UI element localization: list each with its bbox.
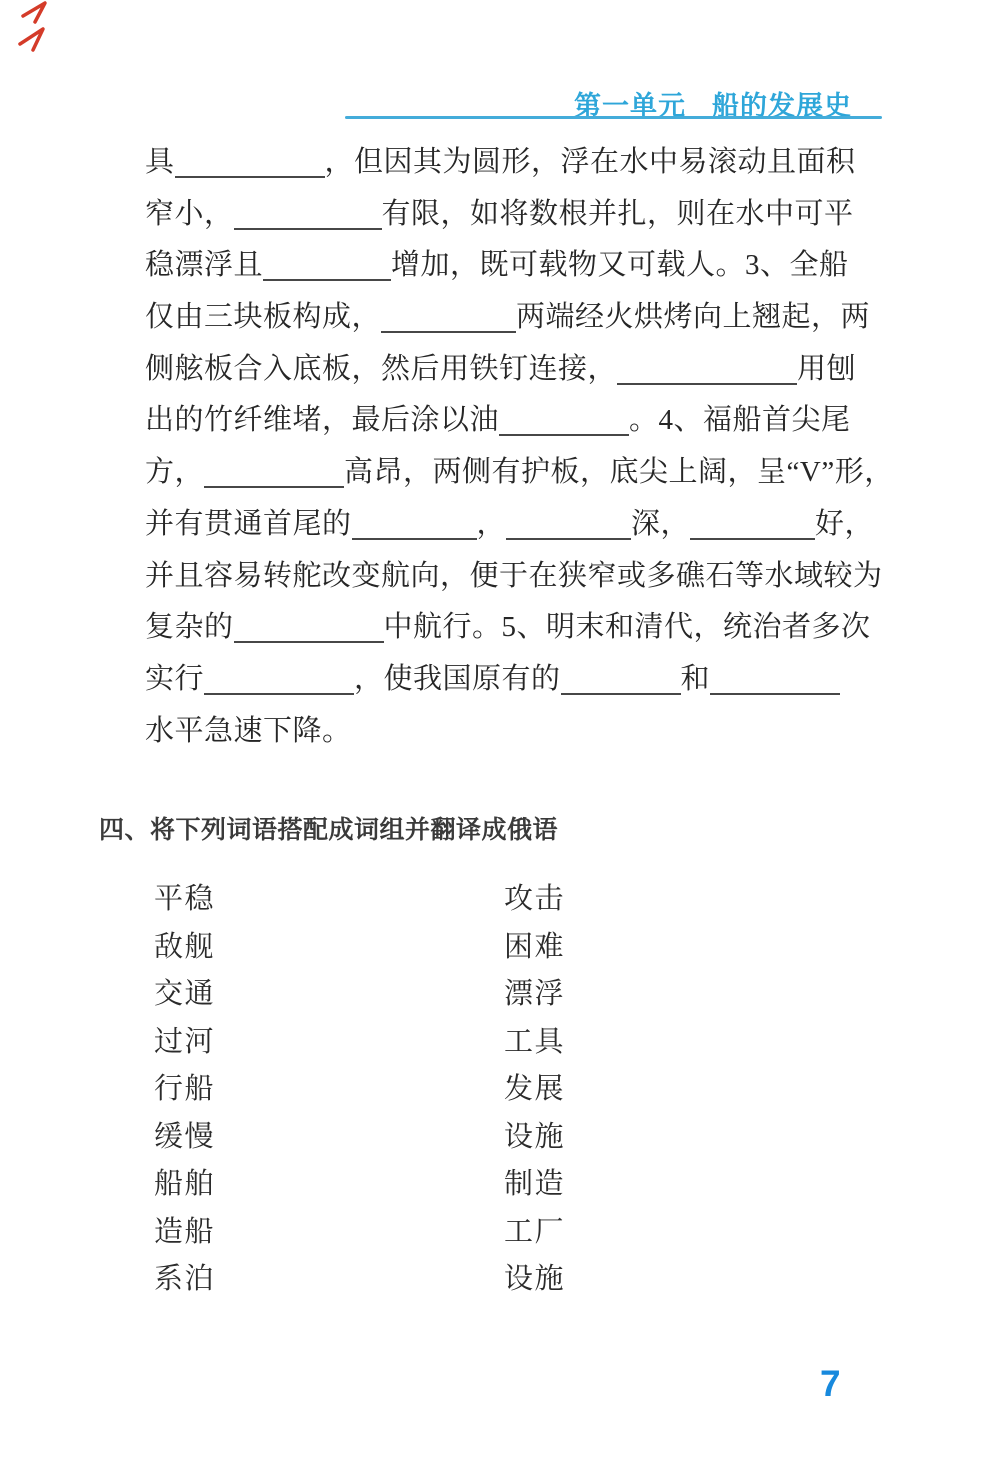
text-run: 出的竹纤维堵，最后涂以油 bbox=[145, 404, 499, 436]
text-run: 中航行。5、明末和清代，统治者多次 bbox=[384, 611, 871, 643]
text-run: 深， bbox=[631, 508, 690, 540]
left-word: 系泊 bbox=[154, 1256, 504, 1297]
text-run: 有限，如将数根并扎，则在水中可平 bbox=[382, 198, 854, 230]
word-pair-row: 过河工具 bbox=[154, 1016, 714, 1064]
text-run: 用刨 bbox=[797, 353, 856, 385]
right-word: 制造 bbox=[504, 1161, 714, 1202]
text-run: ，但因其为圆形，浮在水中易滚动且面积 bbox=[325, 146, 856, 178]
left-word: 敌舰 bbox=[154, 924, 504, 965]
fill-in-paragraph: 具，但因其为圆形，浮在水中易滚动且面积窄小，有限，如将数根并扎，则在水中可平稳漂… bbox=[145, 137, 875, 757]
blank-underline bbox=[204, 663, 354, 695]
left-word: 平稳 bbox=[154, 876, 504, 917]
paragraph-line: 出的竹纤维堵，最后涂以油。4、福船首尖尾 bbox=[145, 395, 875, 447]
left-word: 过河 bbox=[154, 1019, 504, 1060]
paragraph-line: 方，高昂，两侧有护板，底尖上阔，呈“V”形， bbox=[145, 447, 875, 499]
header-divider bbox=[345, 116, 882, 119]
page-number: 7 bbox=[820, 1363, 841, 1405]
blank-underline bbox=[617, 353, 797, 385]
left-word: 行船 bbox=[154, 1066, 504, 1107]
blank-underline bbox=[234, 198, 382, 230]
text-run: 侧舷板合入底板，然后用铁钉连接， bbox=[145, 353, 617, 385]
left-word: 船舶 bbox=[154, 1161, 504, 1202]
right-word: 困难 bbox=[504, 924, 714, 965]
left-word: 缓慢 bbox=[154, 1114, 504, 1155]
text-run: 高昂，两侧有护板，底尖上阔，呈“V”形， bbox=[344, 456, 894, 488]
right-word: 漂浮 bbox=[504, 971, 714, 1012]
paragraph-line: 侧舷板合入底板，然后用铁钉连接，用刨 bbox=[145, 344, 875, 396]
text-run: 并有贯通首尾的 bbox=[145, 508, 352, 540]
word-pair-row: 缓慢设施 bbox=[154, 1111, 714, 1159]
text-run: ， bbox=[477, 508, 507, 540]
text-run: 好， bbox=[815, 508, 874, 540]
blank-underline bbox=[506, 508, 631, 540]
red-pen-marks-icon bbox=[14, 0, 64, 54]
word-pair-row: 交通漂浮 bbox=[154, 968, 714, 1016]
text-run: 并且容易转舵改变航向，便于在狭窄或多礁石等水域较为 bbox=[145, 560, 883, 592]
text-run: 两端经火烘烤向上翘起，两 bbox=[516, 301, 870, 333]
paragraph-line: 具，但因其为圆形，浮在水中易滚动且面积 bbox=[145, 137, 875, 189]
text-run: 方， bbox=[145, 456, 204, 488]
right-word: 设施 bbox=[504, 1256, 714, 1297]
right-word: 发展 bbox=[504, 1066, 714, 1107]
word-pair-row: 船舶制造 bbox=[154, 1158, 714, 1206]
blank-underline bbox=[352, 508, 477, 540]
text-run: 仅由三块板构成， bbox=[145, 301, 381, 333]
right-word: 设施 bbox=[504, 1114, 714, 1155]
paragraph-line: 仅由三块板构成，两端经火烘烤向上翘起，两 bbox=[145, 292, 875, 344]
text-run: 。4、福船首尖尾 bbox=[629, 404, 851, 436]
blank-underline bbox=[690, 508, 815, 540]
text-run: 水平急速下降。 bbox=[145, 715, 352, 747]
text-run: 具 bbox=[145, 146, 175, 178]
right-word: 工具 bbox=[504, 1019, 714, 1060]
blank-underline bbox=[175, 146, 325, 178]
paragraph-line: 窄小，有限，如将数根并扎，则在水中可平 bbox=[145, 189, 875, 241]
text-run: 稳漂浮且 bbox=[145, 249, 263, 281]
text-run: 增加，既可载物又可载人。3、全船 bbox=[391, 249, 849, 281]
right-word: 工厂 bbox=[504, 1209, 714, 1250]
word-pair-row: 行船发展 bbox=[154, 1063, 714, 1111]
right-word: 攻击 bbox=[504, 876, 714, 917]
word-match-list: 平稳攻击敌舰困难交通漂浮过河工具行船发展缓慢设施船舶制造造船工厂系泊设施 bbox=[154, 873, 714, 1301]
blank-underline bbox=[499, 404, 629, 436]
paragraph-line: 水平急速下降。 bbox=[145, 706, 875, 758]
text-run: 窄小， bbox=[145, 198, 234, 230]
blank-underline bbox=[381, 301, 516, 333]
word-pair-row: 平稳攻击 bbox=[154, 873, 714, 921]
left-word: 交通 bbox=[154, 971, 504, 1012]
section-four-heading: 四、将下列词语搭配成词组并翻译成俄语 bbox=[99, 810, 558, 846]
blank-underline bbox=[710, 663, 840, 695]
paragraph-line: 并且容易转舵改变航向，便于在狭窄或多礁石等水域较为 bbox=[145, 551, 875, 603]
paragraph-line: 稳漂浮且增加，既可载物又可载人。3、全船 bbox=[145, 240, 875, 292]
blank-underline bbox=[561, 663, 681, 695]
paragraph-line: 实行，使我国原有的和 bbox=[145, 654, 875, 706]
text-run: 和 bbox=[681, 663, 711, 695]
paragraph-line: 并有贯通首尾的，深，好， bbox=[145, 499, 875, 551]
workbook-page: 第一单元船的发展史 具，但因其为圆形，浮在水中易滚动且面积窄小，有限，如将数根并… bbox=[0, 0, 1000, 1459]
blank-underline bbox=[204, 456, 344, 488]
word-pair-row: 系泊设施 bbox=[154, 1253, 714, 1301]
word-pair-row: 造船工厂 bbox=[154, 1206, 714, 1254]
left-word: 造船 bbox=[154, 1209, 504, 1250]
text-run: ，使我国原有的 bbox=[354, 663, 561, 695]
text-run: 实行 bbox=[145, 663, 204, 695]
paragraph-line: 复杂的中航行。5、明末和清代，统治者多次 bbox=[145, 602, 875, 654]
blank-underline bbox=[234, 611, 384, 643]
word-pair-row: 敌舰困难 bbox=[154, 921, 714, 969]
text-run: 复杂的 bbox=[145, 611, 234, 643]
blank-underline bbox=[263, 249, 391, 281]
